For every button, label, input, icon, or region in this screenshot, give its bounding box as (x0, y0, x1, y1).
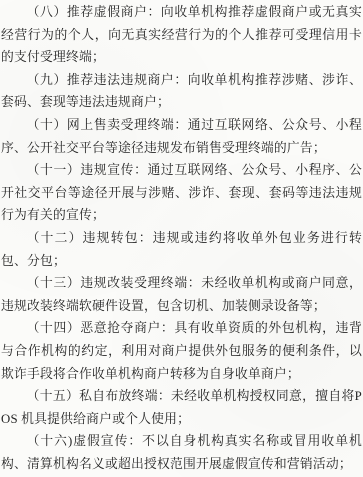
clause-8-recommend-fake-merchants: （八）推荐虚假商户：向收单机构推荐虚假商户或无真实经营行为的个人，向无真实经营行… (1, 1, 362, 69)
clause-16-false-advertising: （十六)虚假宣传：不以自身机构真实名称或冒用收单机构、清算机构名义或超出授权范围… (1, 430, 362, 475)
clause-13-illegal-terminal-modification: （十三）违规改装受理终端：未经收单机构或商户同意，违规改装终端软硬件设置，包含切… (1, 272, 362, 317)
document-page: （八）推荐虚假商户：向收单机构推荐虚假商户或无真实经营行为的个人，向无真实经营行… (0, 0, 363, 477)
clause-9-recommend-illegal-merchants: （九）推荐违法违规商户：向收单机构推荐涉赌、涉诈、套码、套现等违法违规商户； (1, 69, 362, 114)
clause-12-illegal-subcontracting: （十二）违规转包：违规或违约将收单外包业务进行转包、分包； (1, 227, 362, 272)
clause-14-malicious-merchant-poaching: （十四）恶意抢夺商户：具有收单资质的外包机构，违背与合作机构的约定，利用对商户提… (1, 317, 362, 385)
clause-11-illegal-promotion: （十一）违规宣传：通过互联网络、公众号、小程序、公开社交平台等途径开展与涉赌、涉… (1, 159, 362, 227)
clause-10-online-terminal-sales: （十）网上售卖受理终端：通过互联网络、公众号、小程序、公开社交平台等途径违规发布… (1, 114, 362, 159)
clause-15-unauthorized-terminal-deployment: （十五）私自布放终端：未经收单机构授权同意，擅自将POS 机具提供给商户或个人使… (1, 385, 362, 430)
